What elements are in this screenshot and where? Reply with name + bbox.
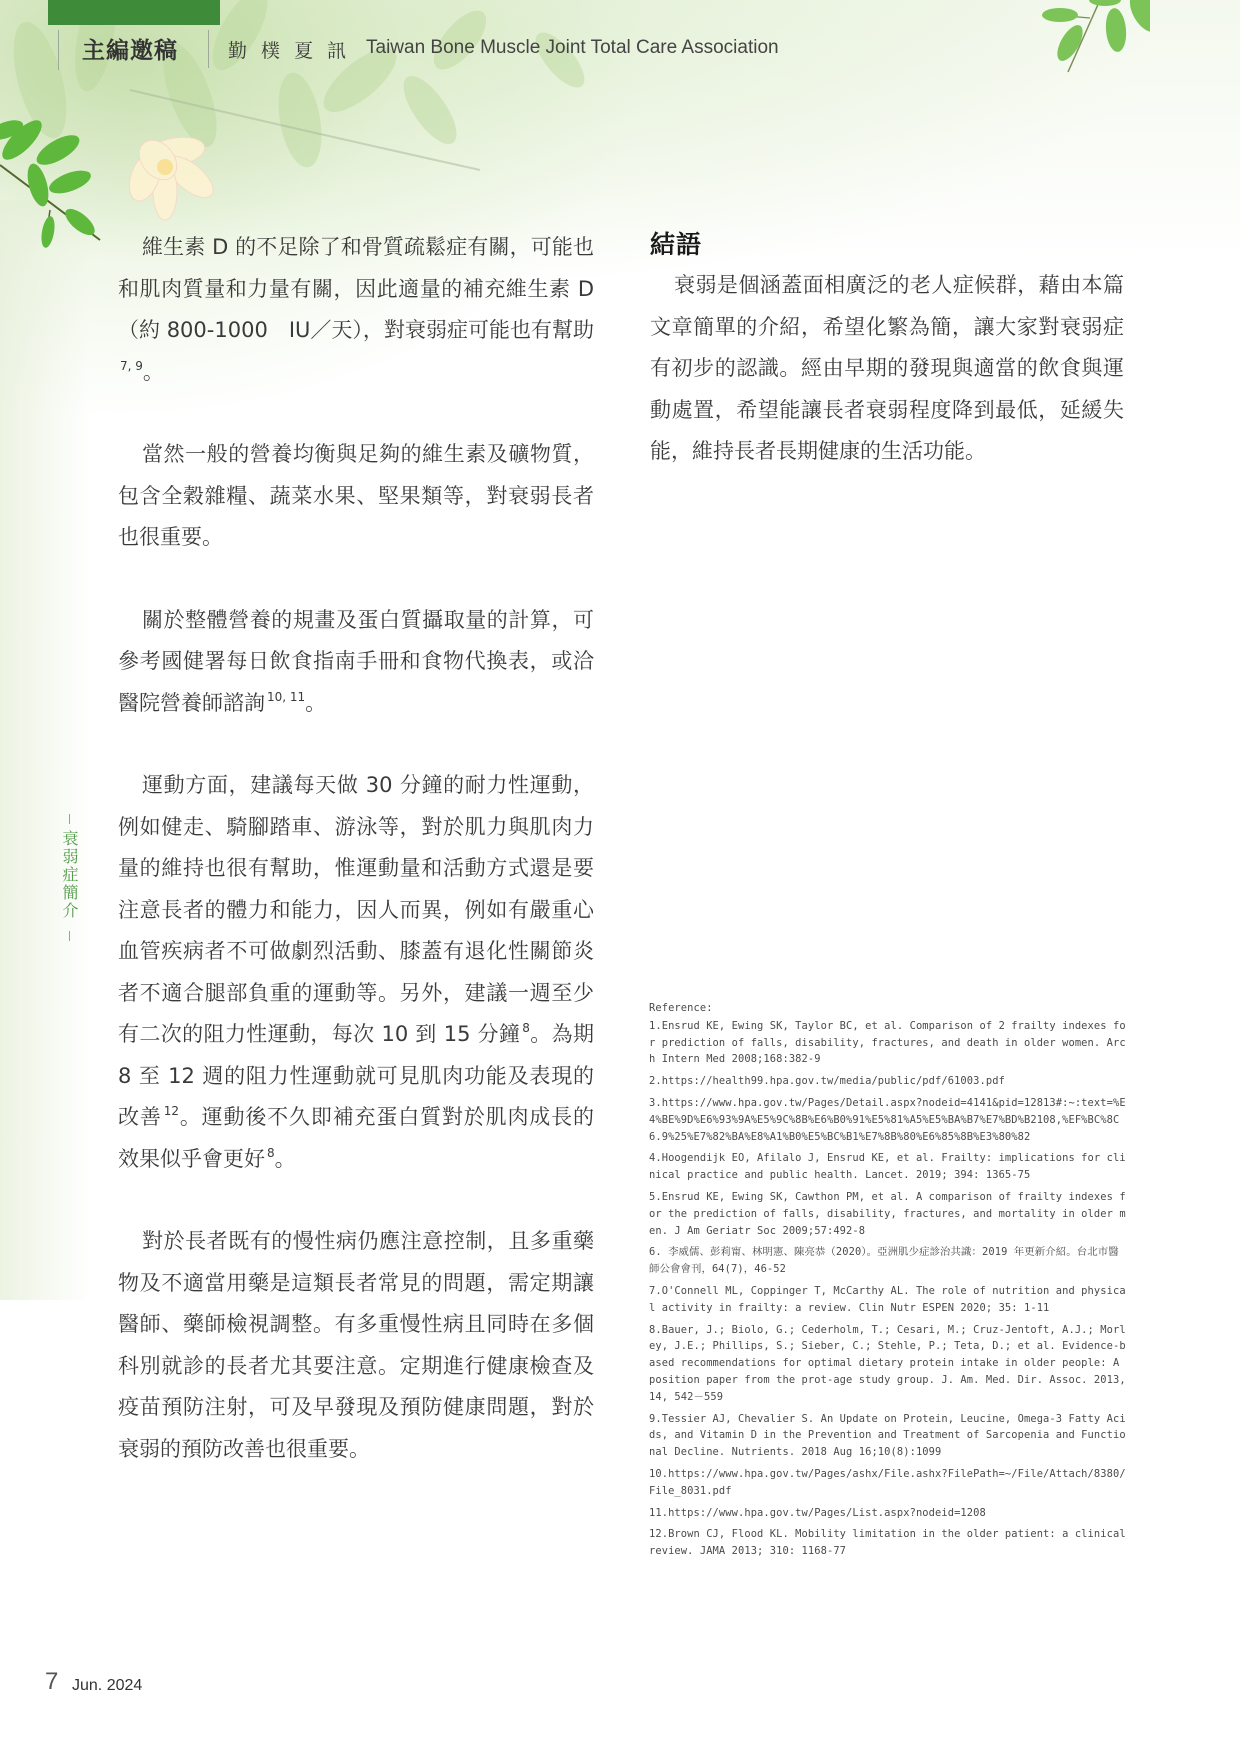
reference-item: 9.Tessier AJ, Chevalier S. An Update on … [649,1411,1129,1461]
reference-item: 12.Brown CJ, Flood KL. Mobility limitati… [649,1526,1129,1560]
page-number: 7 [45,1668,58,1696]
paragraph-vitamin-d: 維生素 D 的不足除了和骨質疏鬆症有關，可能也和肌肉質量和力量有關，因此適量的補… [118,227,594,393]
header-section-label: 主編邀稿 [82,32,178,65]
side-label-dash [69,931,70,941]
side-label-text: 衰弱症簡介 [59,830,79,920]
header-divider [208,30,209,68]
reference-item: 8.Bauer, J.; Biolo, G.; Cederholm, T.; C… [649,1322,1129,1406]
left-margin-wash [0,200,90,1300]
paragraph-text: 。運動後不久即補充蛋白質對於肌肉成長的效果似乎會更好 [118,1105,594,1171]
paragraph-text: 運動方面，建議每天做 30 分鐘的耐力性運動，例如健走、騎腳踏車、游泳等，對於肌… [118,773,594,1046]
paragraph-nutrition-balance: 當然一般的營養均衡與足夠的維生素及礦物質，包含全穀雜糧、蔬菜水果、堅果類等，對衰… [118,434,594,559]
paragraph-text: 對於長者既有的慢性病仍應注意控制，且多重藥物及不適當用藥是這類長者常見的問題，需… [118,1229,594,1461]
citation: 10, 11 [267,690,305,704]
citation: 12 [164,1104,179,1118]
paragraph-text: 當然一般的營養均衡與足夠的維生素及礦物質，包含全穀雜糧、蔬菜水果、堅果類等，對衰… [118,442,594,549]
paragraph-end: 。 [143,360,164,384]
reference-link[interactable]: 2.https://health99.hpa.gov.tw/media/publ… [649,1073,1129,1090]
citation: 7, 9 [120,359,143,373]
paragraph-chronic-disease: 對於長者既有的慢性病仍應注意控制，且多重藥物及不適當用藥是這類長者常見的問題，需… [118,1221,594,1470]
header-accent-tab [48,0,220,25]
association-name: Taiwan Bone Muscle Joint Total Care Asso… [366,37,779,59]
references-list: Reference: 1.Ensrud KE, Ewing SK, Taylor… [649,1000,1129,1565]
green-leaf-branch-left [0,110,120,250]
reference-item: 5.Ensrud KE, Ewing SK, Cawthon PM, et al… [649,1189,1129,1239]
green-leaf-branch-right [1020,0,1150,75]
reference-item: 7.O'Connell ML, Coppinger T, McCarthy AL… [649,1283,1129,1317]
reference-link[interactable]: 3.https://www.hpa.gov.tw/Pages/Detail.as… [649,1095,1129,1145]
newsletter-name: 勤 樸 夏 訊 [228,36,350,63]
right-column: 結語 衰弱是個涵蓋面相廣泛的老人症候群，藉由本篇文章簡單的介紹，希望化繁為簡，讓… [650,227,1124,473]
paragraph-nutrition-planning: 關於整體營養的規畫及蛋白質攝取量的計算，可參考國健署每日飲食指南手冊和食物代換表… [118,600,594,725]
conclusion-title: 結語 [650,227,1124,263]
citation: 8 [267,1146,275,1160]
issue-date: Jun. 2024 [72,1677,142,1695]
references-heading: Reference: [649,1000,1129,1017]
pale-flower-decoration [120,122,220,222]
paragraph-end: 。 [275,1147,296,1171]
side-label-dash [69,814,70,824]
reference-item: 1.Ensrud KE, Ewing SK, Taylor BC, et al.… [649,1018,1129,1068]
reference-link[interactable]: 11.https://www.hpa.gov.tw/Pages/List.asp… [649,1505,1129,1522]
paragraph-exercise: 運動方面，建議每天做 30 分鐘的耐力性運動，例如健走、騎腳踏車、游泳等，對於肌… [118,765,594,1180]
side-section-label: 衰弱症簡介 [59,812,79,943]
reference-link[interactable]: 10.https://www.hpa.gov.tw/Pages/ashx/Fil… [649,1466,1129,1500]
conclusion-paragraph: 衰弱是個涵蓋面相廣泛的老人症候群，藉由本篇文章簡單的介紹，希望化繁為簡，讓大家對… [650,265,1124,473]
header-divider [58,30,59,70]
reference-item: 6. 李威儒、彭莉甯、林明憲、陳亮恭（2020）。亞洲肌少症診治共識：2019 … [649,1244,1129,1278]
paragraph-text: 關於整體營養的規畫及蛋白質攝取量的計算，可參考國健署每日飲食指南手冊和食物代換表… [118,608,594,715]
left-column: 維生素 D 的不足除了和骨質疏鬆症有關，可能也和肌肉質量和力量有關，因此適量的補… [118,227,594,1511]
reference-item: 4.Hoogendijk EO, Afilalo J, Ensrud KE, e… [649,1150,1129,1184]
paragraph-end: 。 [305,691,326,715]
citation: 8 [522,1021,530,1035]
paragraph-text: 維生素 D 的不足除了和骨質疏鬆症有關，可能也和肌肉質量和力量有關，因此適量的補… [118,235,594,342]
